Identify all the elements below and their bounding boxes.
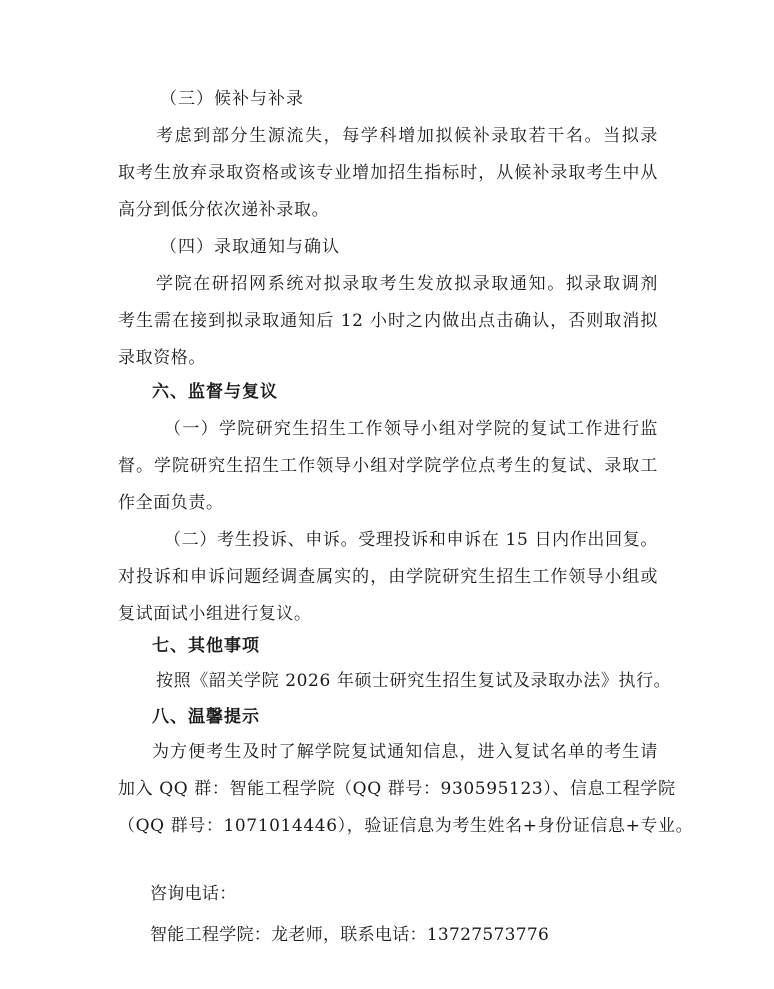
heading-other: 七、其他事项 bbox=[152, 635, 692, 657]
paragraph-line: 录取资格。 bbox=[118, 347, 658, 369]
paragraph-line: 取考生放弃录取资格或该专业增加招生指标时，从候补录取考生中从 bbox=[118, 162, 658, 184]
paragraph-line: 按照《韶关学院 2026 年硕士研究生招生复试及录取办法》执行。 bbox=[156, 670, 658, 692]
paragraph-line: 高分到低分依次递补录取。 bbox=[118, 199, 658, 221]
section-title-waitlist: （三）候补与补录 bbox=[160, 88, 700, 110]
section-title-notice: （四）录取通知与确认 bbox=[160, 236, 700, 258]
paragraph-line: 考虑到部分生源流失，每学科增加拟候补录取若干名。当拟录 bbox=[156, 125, 658, 147]
heading-tips: 八、温馨提示 bbox=[152, 706, 692, 728]
heading-supervision: 六、监督与复议 bbox=[152, 381, 692, 403]
paragraph-line: 作全面负责。 bbox=[118, 492, 658, 514]
paragraph-line: 复试面试小组进行复议。 bbox=[118, 603, 658, 625]
paragraph-line: （二）考生投诉、申诉。受理投诉和申诉在 15 日内作出回复。 bbox=[164, 529, 658, 551]
paragraph-line: 加入 QQ 群：智能工程学院（QQ 群号：930595123）、信息工程学院 bbox=[118, 778, 658, 800]
document-page: （三）候补与补录 考虑到部分生源流失，每学科增加拟候补录取若干名。当拟录 取考生… bbox=[0, 0, 774, 989]
paragraph-line: （一）学院研究生招生工作领导小组对学院的复试工作进行监 bbox=[164, 418, 658, 440]
paragraph-line: 对投诉和申诉问题经调查属实的，由学院研究生招生工作领导小组或 bbox=[118, 566, 658, 588]
paragraph-line: 为方便考生及时了解学院复试通知信息，进入复试名单的考生请 bbox=[152, 741, 658, 763]
paragraph-line: 学院在研招网系统对拟录取考生发放拟录取通知。拟录取调剂 bbox=[156, 273, 658, 295]
contact-label: 咨询电话： bbox=[150, 883, 690, 905]
paragraph-line: 考生需在接到拟录取通知后 12 小时之内做出点击确认，否则取消拟 bbox=[118, 310, 658, 332]
paragraph-line: 督。学院研究生招生工作领导小组对学院学位点考生的复试、录取工 bbox=[118, 455, 658, 477]
contact-line: 智能工程学院：龙老师，联系电话：13727573776 bbox=[150, 924, 690, 946]
paragraph-line: （QQ 群号：1071014446），验证信息为考生姓名+身份证信息+专业。 bbox=[118, 815, 658, 837]
